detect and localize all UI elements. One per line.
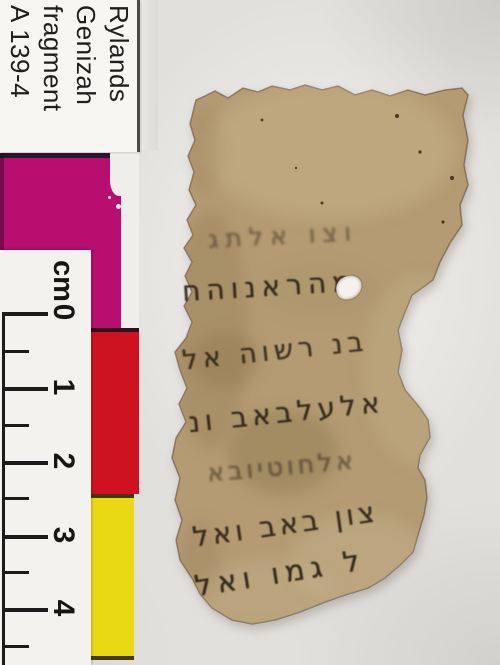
- ruler: cm 0 1 2 3 4: [0, 250, 91, 665]
- script-line: בנ רשוה אל: [181, 326, 370, 376]
- color-patch-red: [88, 328, 139, 494]
- photo-backdrop: Rylands Genizah fragment A 139-4 cm 0 1 …: [0, 0, 500, 665]
- ruler-tick: [2, 424, 29, 427]
- ruler-number: 3: [46, 520, 80, 550]
- ruler-number: 4: [46, 593, 80, 623]
- ruler-tick: [2, 350, 29, 353]
- ruler-tick: [2, 535, 48, 539]
- ruler-number: 0: [46, 297, 80, 327]
- wear-dot: [108, 196, 111, 199]
- ruler-tick: [2, 608, 48, 612]
- ruler-baseline: [2, 312, 5, 665]
- ruler-tick: [2, 387, 48, 391]
- red-fill: [88, 332, 139, 494]
- shelfmark-label: Rylands Genizah fragment A 139-4: [0, 0, 140, 152]
- ruler-number: 2: [46, 446, 80, 476]
- ruler-number: 1: [46, 372, 80, 402]
- script-line: אלחוטיובא: [206, 446, 358, 488]
- shelfmark-line: Genizah: [69, 5, 102, 145]
- wear-dot: [116, 204, 121, 209]
- wear-speckle: [110, 150, 137, 196]
- shelfmark-line: fragment: [36, 5, 69, 145]
- shelfmark-line: A 139-4: [3, 5, 36, 145]
- ruler-tick: [2, 571, 29, 574]
- shelfmark-line: Rylands: [102, 5, 135, 145]
- yellow-fill: [88, 498, 134, 656]
- ruler-tick: [2, 461, 48, 465]
- ruler-tick: [2, 497, 29, 500]
- script-line: וצו אלתג: [207, 217, 358, 254]
- patch-border: [88, 656, 134, 660]
- wear-dot: [124, 214, 128, 218]
- script-line: מהראנוהח: [181, 265, 358, 309]
- ruler-tick: [2, 645, 29, 648]
- ruler-unit-label: cm: [46, 260, 80, 292]
- script-line: ל גמו ואל: [192, 543, 367, 604]
- script-line: אלעלבאב ונ: [187, 386, 386, 439]
- ruler-tick: [2, 312, 48, 316]
- color-patch-yellow: [88, 494, 134, 660]
- shelfmark-text: Rylands Genizah fragment A 139-4: [3, 5, 135, 145]
- parchment-specks: [261, 114, 455, 224]
